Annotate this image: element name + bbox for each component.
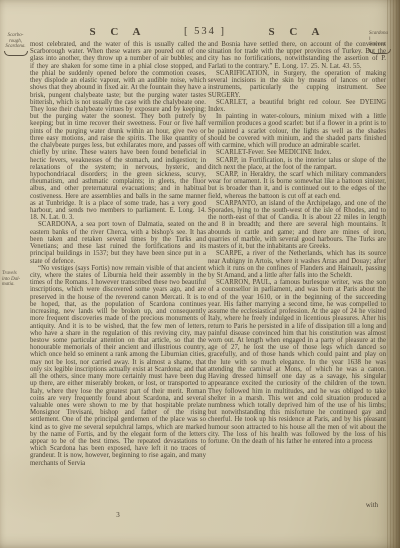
margin-note-line: matia. (2, 282, 29, 288)
book-edge-shadow (387, 0, 400, 548)
paragraph: SCARLET, a beautiful bright red colour. … (208, 99, 386, 113)
paragraph: SCARIFICATION, in Surgery, the operation… (208, 70, 386, 99)
right-text-column: and Bosnia have settled there, on accoun… (208, 41, 386, 445)
running-title-right: S C A (208, 26, 386, 38)
scanned-book-page: S C A [ 534 ] S C A Scarbo-rough,Scardon… (0, 0, 400, 548)
paragraph: SCARRON, PAUL, a famous burlesque writer… (208, 279, 386, 445)
signature-mark: 3 (30, 511, 206, 519)
margin-note-article-range-left: Scarbo-rough,Scardona. (2, 33, 29, 56)
margin-note-line: Scardona. (2, 44, 29, 50)
catchword: with (208, 502, 378, 509)
paragraph: most celebrated, and the water of this i… (30, 41, 206, 221)
left-text-column: most celebrated, and the water of this i… (30, 41, 206, 467)
paragraph: SCARPANTO, an island of the Archipelago,… (208, 200, 386, 251)
paragraph: SCARDONA, a sea port town of Dalmatia, s… (30, 221, 206, 264)
paragraph: SCARP, in Fortification, is the interior… (208, 157, 386, 171)
margin-note-brace (4, 51, 28, 56)
paragraph: SCARP, in Heraldry, the scarf which mili… (208, 171, 386, 200)
margin-note-lines: Travelsinto Dal-matia. (2, 271, 29, 288)
paragraph: In painting in water-colours, minium mix… (208, 113, 386, 149)
paragraph: SCARPE, a river of the Netherlands, whic… (208, 250, 386, 279)
paragraph: and Bosnia have settled there, on accoun… (208, 41, 386, 70)
margin-note-source-reference: Travelsinto Dal-matia. (2, 271, 29, 288)
margin-note-lines: Scarbo-rough,Scardona. (2, 33, 29, 50)
page-header: S C A [ 534 ] S C A (0, 26, 400, 40)
paragraph: “No vestiges (says Fortis) now remain vi… (30, 265, 206, 467)
paragraph: SCARLET-Fever. See MEDICINE Index. (208, 149, 386, 156)
